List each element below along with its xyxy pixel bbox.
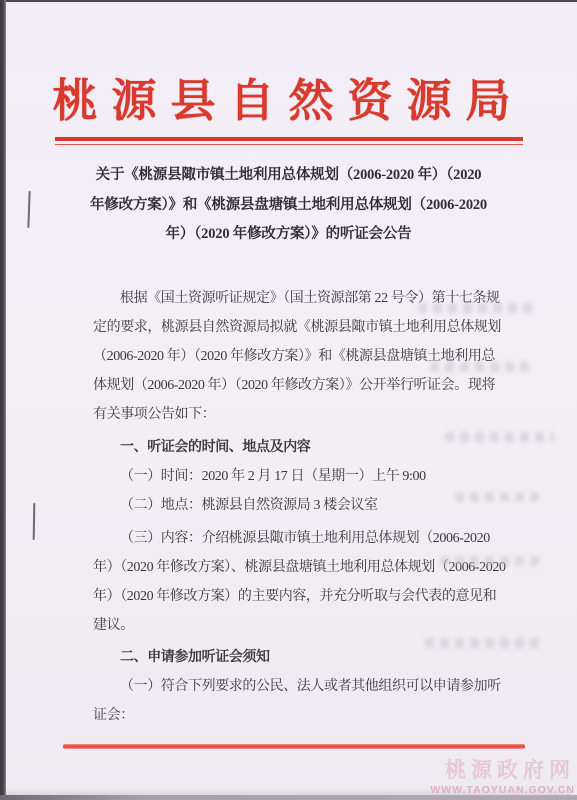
hearing-content-line: 建议。 (93, 611, 501, 640)
bleed-through-smudge (445, 432, 555, 442)
bleed-through-smudge (430, 362, 530, 372)
bleed-through-smudge (455, 492, 540, 502)
watermark-site-url: WWW.TAOYUAN.GOV.CN (430, 784, 575, 797)
site-watermark: 桃源政府网 WWW.TAOYUAN.GOV.CN (430, 758, 575, 797)
document-title-line: 年）（2020 年修改方案）》的听证会公告 (55, 220, 522, 250)
scanned-document-page: 桃源县自然资源局 关于《桃源县陬市镇土地利用总体规划（2006-2020 年）（… (0, 0, 577, 800)
document-body: 根据《国土资源听证规定》（国土资源部第 22 号令）第十七条规 定的要求，桃源县… (93, 284, 501, 730)
staple-mark-top (27, 191, 30, 228)
bleed-through-smudge (418, 303, 538, 313)
footer-red-rule (63, 744, 525, 749)
document-title-line: 年修改方案）》和《桃源县盘塘镇土地利用总体规划（2006-2020 (55, 191, 522, 221)
paragraph-line: 有关事项公告如下： (93, 400, 501, 429)
paragraph-line: 体规划（2006-2020 年）（2020 年修改方案）》公开举行听证会。现将 (93, 371, 501, 400)
scanner-left-edge (0, 0, 6, 800)
staple-mark-bottom (33, 503, 36, 540)
hearing-content-line: （三）内容：介绍桃源县陬市镇土地利用总体规划（2006-2020 (93, 524, 501, 553)
hearing-time-item: （一）时间：2020 年 2 月 17 日（星期一）上午 9:00 (93, 462, 501, 491)
agency-letterhead: 桃源县自然资源局 (40, 68, 537, 134)
section-heading: 一、听证会的时间、地点及内容 (93, 433, 501, 462)
eligibility-line: 证会： (93, 701, 501, 730)
document-title: 关于《桃源县陬市镇土地利用总体规划（2006-2020 年）（2020 年修改方… (55, 161, 522, 250)
document-title-line: 关于《桃源县陬市镇土地利用总体规划（2006-2020 年）（2020 (55, 161, 522, 191)
letterhead-rule-thin (55, 144, 523, 145)
eligibility-line: （一）符合下列要求的公民、法人或者其他组织可以申请参加听 (93, 672, 501, 701)
bleed-through-smudge (425, 638, 545, 648)
hearing-place-item: （二）地点：桃源县自然资源局 3 楼会议室 (93, 491, 501, 520)
hearing-content-line: 年）（2020 年修改方案）的主要内容，并充分听取与会代表的意见和 (93, 582, 501, 611)
watermark-site-name: 桃源政府网 (430, 758, 575, 784)
scanner-top-edge (0, 0, 577, 2)
bleed-through-smudge (440, 556, 545, 566)
paragraph-line: 定的要求，桃源县自然资源局拟就《桃源县陬市镇土地利用总体规划 (93, 313, 501, 342)
letterhead-rule-thick (55, 137, 523, 141)
